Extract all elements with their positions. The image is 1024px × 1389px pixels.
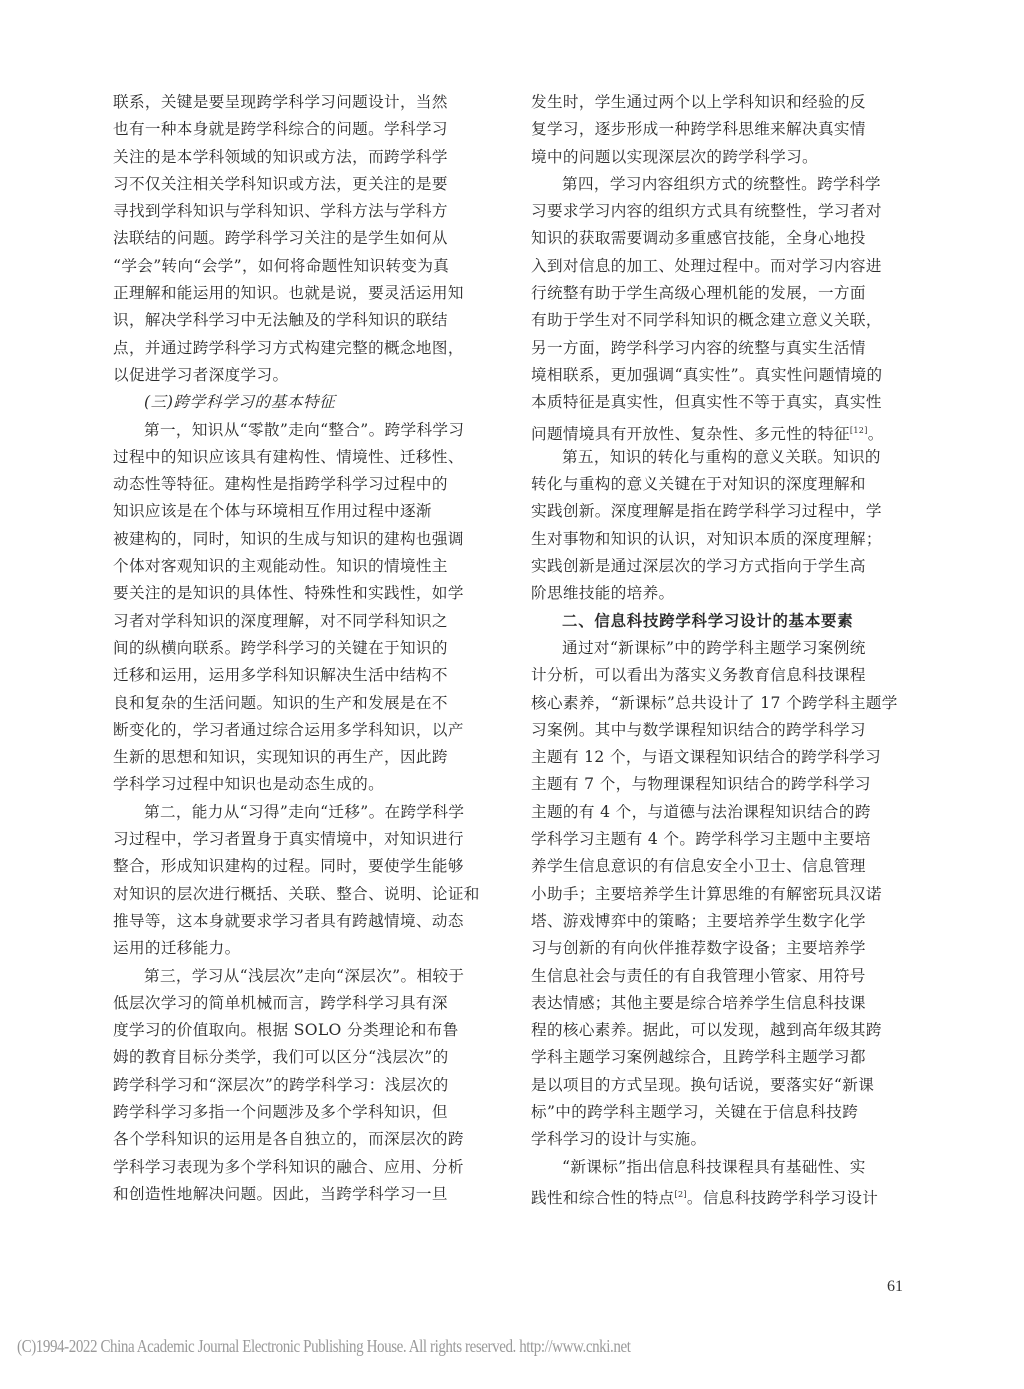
text-line: 学科学习主题有 4 个。跨学科学习主题中主要培 (531, 826, 909, 853)
text-line: 塔、游戏博弈中的策略；主要培养学生数字化学 (531, 908, 909, 935)
text-line: 个体对客观知识的主观能动性。知识的情境性主 (113, 553, 491, 580)
text-line: 识，解决学科学习中无法触及的学科知识的联结 (113, 307, 491, 334)
text-line: 生对事物和知识的认识，对知识本质的深度理解； (531, 526, 909, 553)
text-line: 习要求学习内容的组织方式具有统整性，学习者对 (531, 198, 909, 225)
text-line: 践性和综合性的特点[2]。信息科技跨学科学习设计 (531, 1181, 909, 1208)
text-line: 小助手；主要培养学生计算思维的有解密玩具汉诺 (531, 881, 909, 908)
text-line: 也有一种本身就是跨学科综合的问题。学科学习 (113, 116, 491, 143)
text-line: 生信息社会与责任的有自我管理小管家、用符号 (531, 963, 909, 990)
text-line: 点，并通过跨学科学习方式构建完整的概念地图， (113, 335, 491, 362)
text-line: 实践创新。深度理解是指在跨学科学习过程中，学 (531, 498, 909, 525)
text-line: 境相联系，更加强调“真实性”。真实性问题情境的 (531, 362, 909, 389)
paragraph-start-line: 第三，学习从“浅层次”走向“深层次”。相较于 (113, 963, 491, 990)
text-line: 和创造性地解决问题。因此，当跨学科学习一旦 (113, 1181, 491, 1208)
paragraph-start-line: 第二，能力从“习得”走向“迁移”。在跨学科学 (113, 799, 491, 826)
text-line: 过程中的知识应该具有建构性、情境性、迁移性、 (113, 444, 491, 471)
text-line: “学会”转向“会学”，如何将命题性知识转变为真 (113, 253, 491, 280)
text-line: 度学习的价值取向。根据 SOLO 分类理论和布鲁 (113, 1017, 491, 1044)
text-line: 对知识的层次进行概括、关联、整合、说明、论证和 (113, 881, 491, 908)
paragraph-start-line: 第五，知识的转化与重构的意义关联。知识的 (531, 444, 909, 471)
text-line: 标”中的跨学科主题学习，关键在于信息科技跨 (531, 1099, 909, 1126)
text-line: 跨学科学习多指一个问题涉及多个学科知识，但 (113, 1099, 491, 1126)
text-line: 学科学习过程中知识也是动态生成的。 (113, 771, 491, 798)
text-fragment: 。 (868, 425, 884, 443)
text-line: 各个学科知识的运用是各自独立的，而深层次的跨 (113, 1126, 491, 1153)
text-line: 习与创新的有向伙伴推荐数字设备；主要培养学 (531, 935, 909, 962)
text-line: 表达情感；其他主要是综合培养学生信息科技课 (531, 990, 909, 1017)
text-line: 学科学习的设计与实施。 (531, 1126, 909, 1153)
text-line: 主题有 12 个，与语文课程知识结合的跨学科学习 (531, 744, 909, 771)
paragraph-start-line: 第一，知识从“零散”走向“整合”。跨学科学习 (113, 417, 491, 444)
text-line: 是以项目的方式呈现。换句话说，要落实好“新课 (531, 1072, 909, 1099)
paragraph-start-line: 第四，学习内容组织方式的统整性。跨学科学 (531, 171, 909, 198)
text-line: 知识应该是在个体与环境相互作用过程中逐渐 (113, 498, 491, 525)
text-line: 联系，关键是要呈现跨学科学习问题设计，当然 (113, 89, 491, 116)
text-line: 整合，形成知识建构的过程。同时，要使学生能够 (113, 853, 491, 880)
text-line: 核心素养，“新课标”总共设计了 17 个跨学科主题学 (531, 690, 909, 717)
text-line: 推导等，这本身就要求学习者具有跨越情境、动态 (113, 908, 491, 935)
text-line: 主题有 7 个，与物理课程知识结合的跨学科学习 (531, 771, 909, 798)
text-line: 知识的获取需要调动多重感官技能，全身心地投 (531, 225, 909, 252)
paragraph-start-line: 通过对“新课标”中的跨学科主题学习案例统 (531, 635, 909, 662)
text-line: 转化与重构的意义关键在于对知识的深度理解和 (531, 471, 909, 498)
text-line: 主题的有 4 个，与道德与法治课程知识结合的跨 (531, 799, 909, 826)
text-line: 间的纵横向联系。跨学科学习的关键在于知识的 (113, 635, 491, 662)
text-line: 低层次学习的简单机械而言，跨学科学习具有深 (113, 990, 491, 1017)
text-line: 习案例。其中与数学课程知识结合的跨学科学习 (531, 717, 909, 744)
text-line: 正理解和能运用的知识。也就是说，要灵活运用知 (113, 280, 491, 307)
text-fragment: 。信息科技跨学科学习设计 (687, 1189, 878, 1207)
text-line: 学科学习表现为多个学科知识的融合、应用、分析 (113, 1154, 491, 1181)
text-line: 习过程中，学习者置身于真实情境中，对知识进行 (113, 826, 491, 853)
text-line: 姆的教育目标分类学，我们可以区分“浅层次”的 (113, 1044, 491, 1071)
text-line: 动态性等特征。建构性是指跨学科学习过程中的 (113, 471, 491, 498)
text-line: 运用的迁移能力。 (113, 935, 491, 962)
text-line: 计分析，可以看出为落实义务教育信息科技课程 (531, 662, 909, 689)
text-line: 习者对学科知识的深度理解，对不同学科知识之 (113, 608, 491, 635)
text-line: 法联结的问题。跨学科学习关注的是学生如何从 (113, 225, 491, 252)
paragraph-start-line: “新课标”指出信息科技课程具有基础性、实 (531, 1154, 909, 1181)
text-line: 要关注的是知识的具体性、特殊性和实践性，如学 (113, 580, 491, 607)
text-line: 寻找到学科知识与学科知识、学科方法与学科方 (113, 198, 491, 225)
text-fragment: 问题情境具有开放性、复杂性、多元性的特征 (531, 425, 850, 443)
text-line: 跨学科学习和“深层次”的跨学科学习：浅层次的 (113, 1072, 491, 1099)
text-line: 养学生信息意识的有信息安全小卫士、信息管理 (531, 853, 909, 880)
citation-reference: [2] (675, 1190, 687, 1199)
text-line: 入到对信息的加工、处理过程中。而对学习内容进 (531, 253, 909, 280)
text-line: 关注的是本学科领域的知识或方法，而跨学科学 (113, 144, 491, 171)
text-line: 复学习，逐步形成一种跨学科思维来解决真实情 (531, 116, 909, 143)
citation-reference: [12] (850, 426, 868, 435)
page-number: 61 (887, 1278, 903, 1296)
text-line: 以促进学习者深度学习。 (113, 362, 491, 389)
text-line: 问题情境具有开放性、复杂性、多元性的特征[12]。 (531, 417, 909, 444)
section-heading: 二、信息科技跨学科学习设计的基本要素 (531, 608, 909, 635)
text-line: 阶思维技能的培养。 (531, 580, 909, 607)
text-line: 另一方面，跨学科学习内容的统整与真实生活情 (531, 335, 909, 362)
text-line: 断变化的，学习者通过综合运用多学科知识，以产 (113, 717, 491, 744)
text-fragment: 践性和综合性的特点 (531, 1189, 675, 1207)
text-line: 良和复杂的生活问题。知识的生产和发展是在不 (113, 690, 491, 717)
text-line: 学科主题学习案例越综合，且跨学科主题学习都 (531, 1044, 909, 1071)
text-line: 行统整有助于学生高级心理机能的发展，一方面 (531, 280, 909, 307)
text-line: 境中的问题以实现深层次的跨学科学习。 (531, 144, 909, 171)
right-column: 发生时，学生通过两个以上学科知识和经验的反复学习，逐步形成一种跨学科思维来解决真… (531, 89, 909, 1208)
copyright-footer: (C)1994-2022 China Academic Journal Elec… (17, 1336, 630, 1357)
text-line: 有助于学生对不同学科知识的概念建立意义关联， (531, 307, 909, 334)
text-line: 发生时，学生通过两个以上学科知识和经验的反 (531, 89, 909, 116)
text-line: 实践创新是通过深层次的学习方式指向于学生高 (531, 553, 909, 580)
left-column: 联系，关键是要呈现跨学科学习问题设计，当然也有一种本身就是跨学科综合的问题。学科… (113, 89, 491, 1208)
text-line: 本质特征是真实性，但真实性不等于真实，真实性 (531, 389, 909, 416)
text-line: 迁移和运用，运用多学科知识解决生活中结构不 (113, 662, 491, 689)
section-subheading: (三)跨学科学习的基本特征 (113, 389, 491, 416)
text-line: 程的核心素养。据此，可以发现，越到高年级其跨 (531, 1017, 909, 1044)
text-line: 习不仅关注相关学科知识或方法，更关注的是要 (113, 171, 491, 198)
text-line: 生新的思想和知识，实现知识的再生产，因此跨 (113, 744, 491, 771)
text-line: 被建构的，同时，知识的生成与知识的建构也强调 (113, 526, 491, 553)
